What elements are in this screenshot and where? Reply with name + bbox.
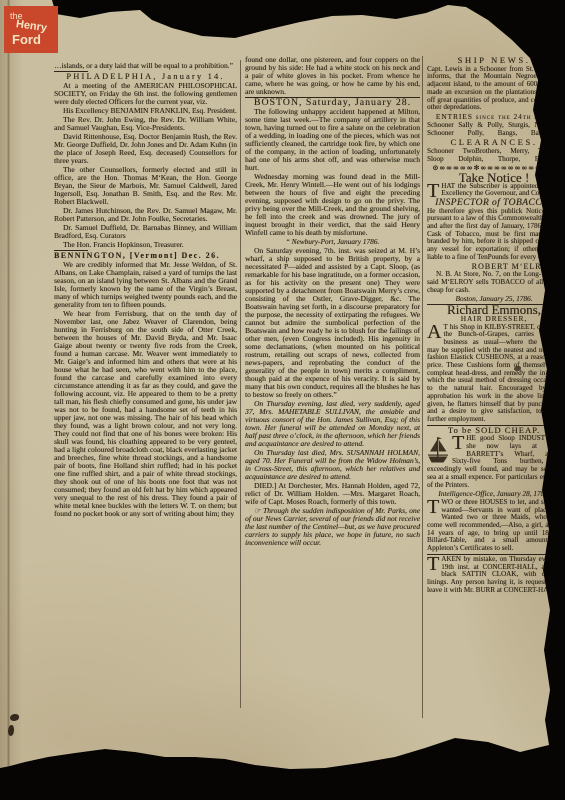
city-dateline: BOSTON, Saturday, January 28.	[245, 99, 420, 107]
ad-heading: Richard Emmons,	[427, 306, 561, 314]
paragraph-dropcap: AT his Shop in KILBY-STREET, opposite th…	[427, 324, 561, 424]
ink-blot	[10, 714, 19, 721]
ad-heading: Take Notice !	[427, 174, 561, 182]
newspaper-scan: …islands, or a duty laid that will be eq…	[0, 0, 565, 800]
sub-heading: ENTRIES since the 24th inst.	[427, 113, 561, 121]
newspaper-column-left: …islands, or a duty laid that will be eq…	[54, 62, 237, 519]
paragraph: Dr. James Hutchinson, the Rev. Dr. Samue…	[54, 207, 237, 223]
newspaper-page: …islands, or a duty laid that will be eq…	[0, 0, 565, 800]
paragraph-italic: On Thursday evening, last died, very sud…	[245, 400, 420, 448]
ink-blot	[8, 725, 14, 736]
newspaper-column-middle: found one dollar, one pistereen, and fou…	[245, 56, 420, 548]
paragraph-italic: ☞ Through the sudden indisposition of Mr…	[245, 507, 420, 547]
paragraph: DIED.] At Dorchester, Mrs. Hannah Holden…	[245, 482, 420, 506]
paragraph: Capt. Lewis in a Schooner from St. Eusta…	[427, 66, 561, 112]
paragraph: On Saturday evening, 7th. inst. was seiz…	[245, 247, 420, 399]
paragraph-dropcap: TAKEN by mistake, on Thursday evening 19…	[427, 556, 561, 595]
dateline: PHILADELPHIA, January 14.	[54, 73, 237, 81]
paragraph-dropcap: THAT the Subscriber is appointed by His …	[427, 183, 561, 198]
logo-word-ford: Ford	[12, 32, 41, 47]
paragraph: David Rittenhouse, Esq. Doctor Benjamin …	[54, 133, 237, 165]
paragraph: The other Counsellors, formerly elected …	[54, 166, 237, 206]
paragraph: …islands, or a duty laid that will be eq…	[54, 62, 237, 70]
paragraph: At a meeting of the AMERICAN PHILOSOPHIC…	[54, 82, 237, 106]
section-heading: CLEARANCES.	[427, 139, 561, 147]
paragraph: The Hon. Francis Hopkinson, Treasurer.	[54, 241, 237, 249]
column-divider	[422, 56, 423, 718]
ship-icon	[427, 437, 449, 464]
newspaper-column-right: SHIP NEWS.Capt. Lewis in a Schooner from…	[427, 57, 561, 595]
paragraph-dropcap: TWO or three HOUSES to let, and several …	[427, 499, 561, 553]
italic-line: Intelligence-Office, January 28, 1786.	[427, 490, 561, 498]
dateline: BENNINGTON, [Vermont] Dec. 26.	[54, 252, 237, 260]
column-divider	[240, 60, 241, 708]
paragraph: Wednesday morning was found dead in the …	[245, 173, 420, 237]
italic-line: “ Newbury-Port, January 1786.	[245, 238, 420, 246]
paragraph: His Excellency BENJAMIN FRANKLIN, Esq. P…	[54, 107, 237, 115]
ship-list-line: Sloop Dolphin, Thorpe, Fairfield.	[427, 156, 561, 164]
paragraph: N. B. At Store, No. 7, on the Long-Wharf…	[427, 271, 561, 294]
paragraph: Dr. Samuel Duffield, Dr. Barnabas Binney…	[54, 224, 237, 240]
paragraph: The following unhappy accident happened …	[245, 108, 420, 172]
ship-list-line: Schooner Sally & Polly, Sturgis, Norwalk…	[427, 122, 561, 130]
paragraph-italic: On Thursday last died, Mrs. SUSANNAH HOL…	[245, 449, 420, 481]
sloop-ad: THE good Sloop INDUSTY, as she now lays …	[427, 435, 561, 489]
paragraph: He therefore gives this publick Notice, …	[427, 208, 561, 262]
signature: ROBERT M‘ELROY.	[427, 263, 561, 271]
paragraph: The Rev. Dr. John Ewing, the Rev. Dr. Wi…	[54, 116, 237, 132]
ship-list-line: Schooner TwoBrothers, Merry, Tobago.	[427, 148, 561, 156]
henry-ford-logo: the Henry Ford	[4, 6, 58, 53]
paragraph: We hear from Ferrisburg, that on the ten…	[54, 310, 237, 518]
fold-line	[7, 0, 10, 770]
inspector-heading: INSPECTOR of TOBACCO:	[427, 199, 561, 207]
paragraph: We are credibly informed that Mr. Jesse …	[54, 261, 237, 309]
section-heading: SHIP NEWS.	[427, 57, 561, 65]
paragraph: found one dollar, one pistereen, and fou…	[245, 56, 420, 96]
